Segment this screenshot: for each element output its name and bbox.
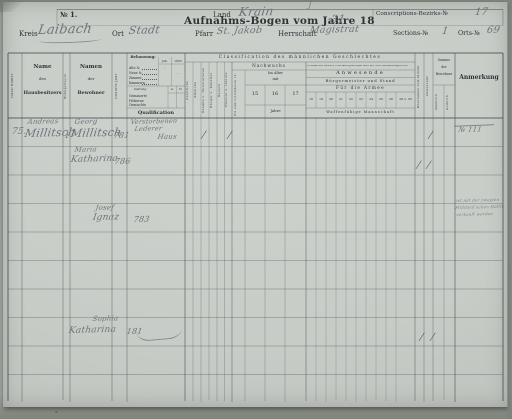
armee-age-cell: 20	[326, 98, 336, 101]
behausung-row-label: Neue №	[129, 72, 142, 75]
sheet-number: № 1.	[60, 11, 77, 18]
kreis-label: Kreis	[19, 31, 38, 38]
pfarr-label: Pfarr	[195, 31, 213, 38]
classification-title: Classification des männlichen Geschlecht…	[185, 56, 415, 60]
behausung-subtitle: Gattung	[134, 88, 146, 91]
orts-label: Orts-№	[458, 31, 480, 37]
armee-anwesende: Anwesende	[306, 71, 415, 76]
behausung-subrow-label: Gemischte	[129, 104, 146, 107]
nachwuchs-bis-14-label: Bis zum vollendeten 14. Jahre	[234, 72, 245, 116]
entry-resident-firstname: Sophia	[92, 315, 119, 323]
entry-resident-firstname: Josef	[95, 205, 114, 212]
wohnpartei-column-header: Wohnparteyen	[64, 58, 70, 114]
owner-header-1: Name	[22, 65, 63, 71]
entry-qualification-line: Lederer	[134, 125, 163, 132]
armee-mannschaft-label: Waffenfähige Mannschaft	[306, 111, 415, 115]
residents-header-1: Namen	[70, 65, 112, 71]
armee-stand-line: Bürgermeister und Stand	[306, 79, 415, 83]
dotted-leader	[142, 69, 157, 70]
behausung-valhead-2: 1805	[172, 60, 185, 63]
entry-resident-name: Ignaz	[92, 213, 120, 223]
ink-speck	[55, 411, 58, 413]
nachwuchs-year-cell: 16	[265, 92, 285, 97]
armee-age-cell: 18	[306, 98, 316, 101]
pfarr-value: St. Jakob	[216, 26, 263, 37]
behausung-row-label: Alte №	[129, 67, 140, 70]
nachwuchs-year-cell: 15	[245, 92, 265, 97]
class-column-label: Bauern	[218, 64, 225, 116]
summe-box-line: Bewohner	[433, 73, 455, 76]
behausung-subhead-n: N.	[177, 88, 186, 91]
class-column-label: Beamte u. Honoratioren	[202, 64, 209, 116]
dotted-leader	[142, 84, 157, 85]
class-column-label: Bürger u. Künstler	[210, 64, 217, 116]
entry-resident-firstname: Georg	[74, 118, 98, 126]
behausung-dash: –	[159, 67, 171, 70]
nachwuchs-im-alter: Im Alter	[245, 72, 306, 76]
behausung-title: Behausung:	[127, 55, 159, 59]
geburtsjahr-column-header: Geburts-Jahr	[115, 58, 125, 114]
summe-sub-label: männlich	[435, 88, 443, 116]
nachwuchs-mit: mit	[245, 78, 306, 82]
armee-age-cell-wide: 28 u. 30	[396, 98, 415, 101]
entry-owner-firstname: Andreas	[27, 118, 59, 126]
armee-age-cell: 26	[386, 98, 396, 101]
owner-header-3: Hausbesitzers	[22, 91, 63, 96]
summe-sub-label: weiblich	[446, 88, 454, 116]
class-column-label: Häusler u. Inleute	[225, 64, 232, 116]
dotted-leader	[142, 74, 157, 75]
entry-birth-year: 786	[114, 158, 131, 166]
entry-resident-firstname: Maria	[74, 146, 97, 154]
entry-resident-name: Katharina	[68, 326, 117, 336]
armee-age-cell: 23	[356, 98, 366, 101]
armee-age-cell: 22	[346, 98, 356, 101]
behausung-row-label: Zimmer	[129, 77, 142, 80]
armee-fuer-die-armee: Für die Armee	[306, 86, 415, 90]
haus-numer-column-header: Haus-Numer	[11, 60, 21, 112]
armee-fine-print: In diese die weitern Rubriken gehörigen …	[307, 65, 414, 68]
class-column-label: Adeliche	[194, 64, 201, 116]
dotted-leader	[142, 79, 157, 80]
ort-label: Ort	[112, 31, 124, 38]
conscription-district-value: 17	[474, 8, 489, 18]
entry-birth-year: 781	[113, 132, 130, 140]
conscription-district-label: Conscriptions-Bezirks-№	[376, 12, 448, 18]
scanned-census-form: № 1. Land Krain ʃ Conscriptions-Bezirks-…	[0, 0, 512, 419]
qualification-label: Qualification	[127, 111, 185, 116]
nachwuchs-year-cell: 17	[285, 92, 306, 97]
nachwuchs-jahre: Jahre	[245, 109, 306, 113]
anmerkung-column-header: Anmerkung	[455, 75, 503, 81]
herrschaft-value: Magistrat	[309, 25, 360, 36]
militar-column-label: Abwesende	[426, 57, 433, 115]
armee-age-cell: 19	[316, 98, 326, 101]
nachwuchs-title: Nachwuchs	[232, 64, 306, 68]
armee-age-cell: 25	[376, 98, 386, 101]
behausung-dash: –	[172, 72, 184, 75]
ort-value: Stadt	[128, 24, 161, 36]
entry-qualification-line: Haus	[157, 134, 177, 141]
armee-age-cell: 24	[366, 98, 376, 101]
orts-value: 69	[486, 26, 501, 36]
summe-box-line: der	[433, 66, 455, 69]
entry-resident-name: Katharina	[70, 155, 119, 165]
entry-anmerkung-ref: № 111	[458, 126, 482, 134]
summe-box-line: Summe	[433, 59, 455, 62]
kreis-value: Laibach	[37, 23, 93, 37]
behausung-valhead-1: Jah.	[159, 60, 172, 63]
sections-label: Sections-№	[393, 31, 428, 37]
behausung-subrow-label: Gemauerte	[129, 95, 147, 98]
entry-birth-year: 783	[133, 216, 150, 224]
militar-column-label: Beurlaubte vom Militär	[417, 57, 424, 115]
behausung-subhead-a: A.	[168, 88, 177, 91]
class-column-label: Geistliche	[186, 64, 193, 116]
residents-header-3: Bewohner	[70, 91, 112, 96]
owner-header-2: des	[22, 77, 63, 81]
armee-age-cell: 21	[336, 98, 346, 101]
residents-header-2: der	[70, 77, 112, 81]
